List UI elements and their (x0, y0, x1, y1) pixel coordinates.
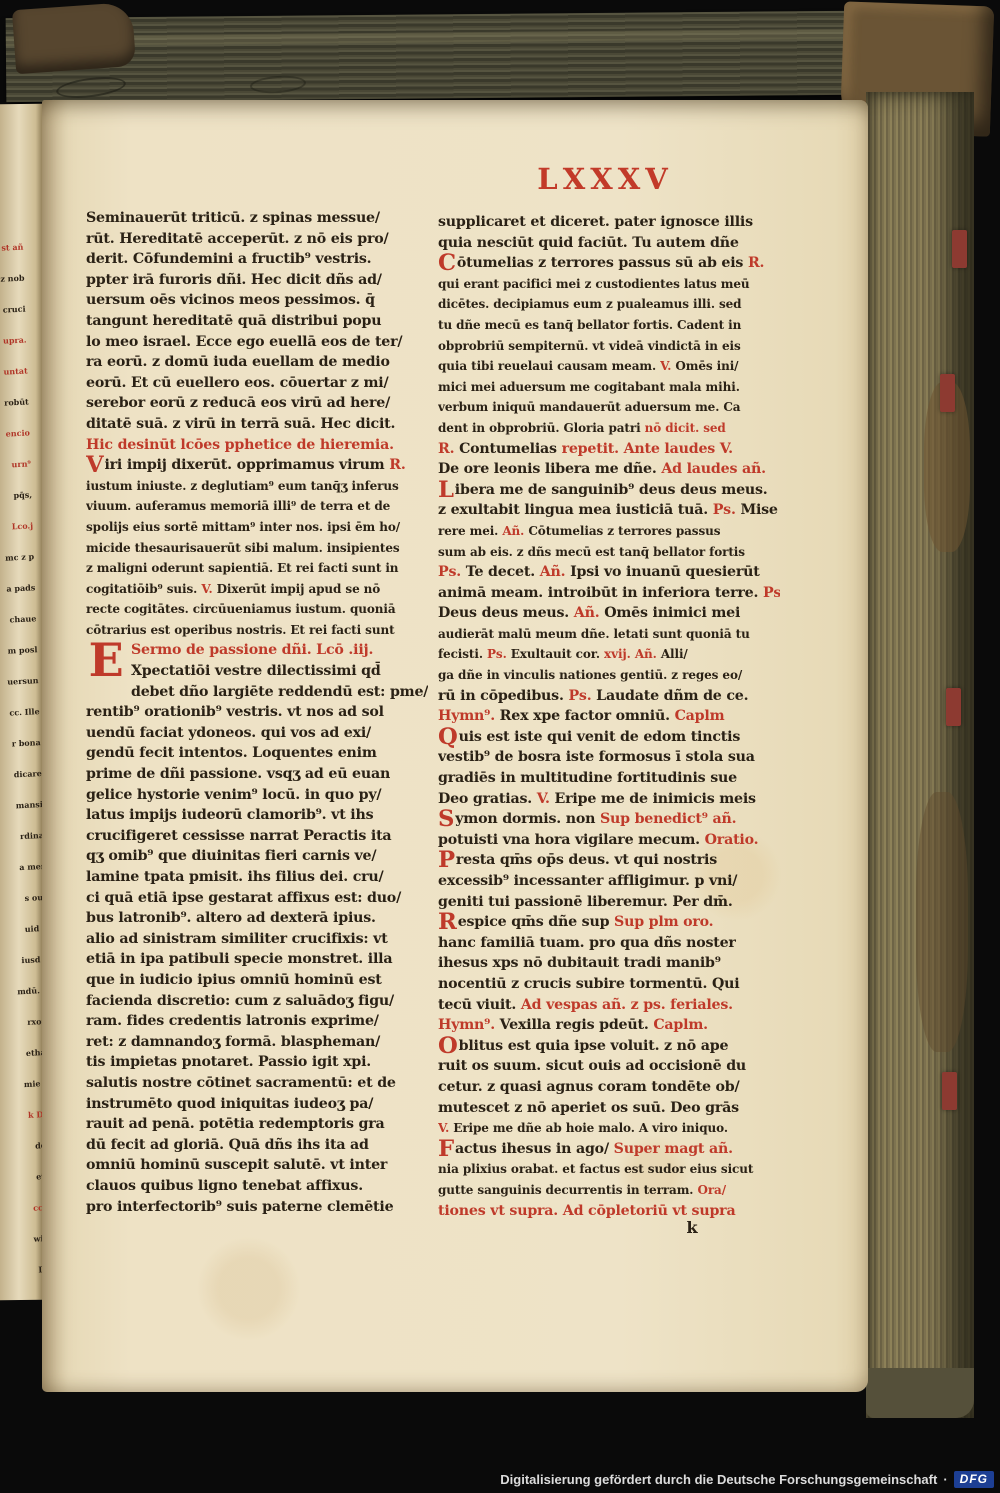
text-line: mici mei aduersum me cogitabant mala mih… (438, 377, 780, 398)
text-line: dent in obprobriū. Gloria patri nō dicit… (438, 418, 780, 439)
text-line: Factus ihesus in ago/ Super magt añ. (438, 1139, 780, 1160)
book-top-edge (6, 10, 959, 102)
text-line: nia plixius orabat. et factus est sudor … (438, 1159, 780, 1180)
text-line: uersum oēs vicinos meos pessimos. q̄ (86, 290, 428, 311)
text-line: rūt. Hereditatē acceperūt. z nō eis pro/ (86, 229, 428, 250)
text-line: iustum iniuste. z deglutiam⁹ eum tanq̄ʒ … (86, 476, 428, 497)
text-line: supplicaret et diceret. pater ignosce il… (438, 212, 780, 233)
text-line: cetur. z quasi agnus coram tondēte ob/ (438, 1077, 780, 1098)
text-line: ret: z damnandoʒ formā. blaspheman/ (86, 1032, 428, 1053)
text-line: clauos quibus ligno tenebat affixus. (86, 1176, 428, 1197)
text-line: Ps. Te decet. Añ. Ipsi vo inuanū quesier… (438, 562, 780, 583)
text-line: ihesus xps nō dubitauit tradi manib⁹ (438, 953, 780, 974)
text-line: dū fecit ad gloriā. Quā dñs ihs ita ad (86, 1135, 428, 1156)
text-line: Presta qm̄s op̄s deus. vt qui nostris (438, 850, 780, 871)
text-line: tu dñe mecū es tanq̄ bellator fortis. Ca… (438, 315, 780, 336)
text-line: Respice qm̄s dñe sup Sup plm oro. (438, 912, 780, 933)
text-line: rauit ad penā. potētia redemptoris gra (86, 1114, 428, 1135)
text-line: bus latronib⁹. altero ad dexterā ipius. (86, 908, 428, 929)
text-line: Libera me de sanguinib⁹ deus deus meus. (438, 480, 780, 501)
dfg-logo: DFG (954, 1471, 994, 1488)
text-line: omniū hominū suscepit salutē. vt inter (86, 1155, 428, 1176)
text-line: latus impijs iudeorū clamorib⁹. vt ihs (86, 805, 428, 826)
text-line: nocentiū z crucis subire tormentū. Qui (438, 974, 780, 995)
text-line: lo meo israel. Ecce ego euellā eos de te… (86, 332, 428, 353)
text-line: ci quā etiā ipse gestarat affixus est: d… (86, 888, 428, 909)
text-line: De ore leonis libera me dñe. Ad laudes a… (438, 459, 780, 480)
edge-stain (916, 792, 968, 1052)
red-edge-tab (940, 374, 955, 412)
text-line: ra eorū. z domū iuda euellam de medio (86, 352, 428, 373)
text-line: gutte sanguinis decurrentis in terram. O… (438, 1180, 780, 1201)
text-line: etiā in ipa patibuli specie monstret. il… (86, 949, 428, 970)
text-line: recte cogitātes. circūueniamus iustum. q… (86, 599, 428, 620)
text-line: rū in cōpedibus. Ps. Laudate dñm de ce. (438, 686, 780, 707)
credit-text: Digitalisierung gefördert durch die Deut… (500, 1472, 937, 1487)
text-line: serebor eorū z reducā eos virū ad here/ (86, 393, 428, 414)
text-line: ram. fides credentis latronis exprime/ (86, 1011, 428, 1032)
text-line: alio ad sinistram similiter crucifixis: … (86, 929, 428, 950)
text-line: spolijs eius sortē mittam⁹ inter nos. ip… (86, 517, 428, 538)
red-edge-tab (952, 230, 967, 268)
text-line: Seminauerūt triticū. z spinas messue/ (86, 208, 428, 229)
text-line: ppter irā furoris dñi. Hec dicit dñs ad/ (86, 270, 428, 291)
text-line: z exultabit lingua mea iusticiā tuā. Ps.… (438, 500, 780, 521)
text-line: rentib⁹ orationib⁹ vestris. vt nos ad so… (86, 702, 428, 723)
previous-page-text-fragments: st añz nobcruciupra.untatrobūtenciourn⁹p… (0, 104, 42, 1287)
text-line: sum ab eis. z dñs mecū est tanq̄ bellato… (438, 542, 780, 563)
text-line: facienda discretio: cum z saluādoʒ figu/ (86, 991, 428, 1012)
text-line: prime de dñi passione. vsqʒ ad eū euan (86, 764, 428, 785)
text-line: geniti tui passionē liberemur. Per dm̄. (438, 892, 780, 913)
book-page: LXXXV Seminauerūt triticū. z spinas mess… (42, 100, 868, 1392)
text-line: tecū viuit. Ad vespas añ. z ps. feriales… (438, 995, 780, 1016)
text-line: Symon dormis. non Sup benedict⁹ añ. (438, 809, 780, 830)
text-line: salutis nostre cōtinet sacramentū: et de (86, 1073, 428, 1094)
text-line: gelice hystorie venim⁹ locū. in quo py/ (86, 785, 428, 806)
text-line: uendū faciat ydoneos. qui vos ad exi/ (86, 723, 428, 744)
text-line: Deo gratias. V. Eripe me de inimicis mei… (438, 789, 780, 810)
text-line: viuum. auferamus memoriā illi⁹ de terra … (86, 496, 428, 517)
text-line: qui erant pacifici mei z custodientes la… (438, 274, 780, 295)
top-edge-highlight (6, 28, 958, 46)
text-line: obprobriū sempiternū. vt videā vindictā … (438, 336, 780, 357)
text-line: audierāt malū meum dñe. letati sunt quon… (438, 624, 780, 645)
text-line: Hymn⁹. Rex xpe factor omniū. Caplm (438, 706, 780, 727)
text-line: V. Eripe me dñe ab hoie malo. A viro ini… (438, 1118, 780, 1139)
text-line: Xpectatiōi vestre dilectissimi qd̄ (86, 661, 428, 682)
text-column-right: supplicaret et diceret. pater ignosce il… (438, 212, 780, 1221)
text-line: crucifigeret cessisse narrat Peractis it… (86, 826, 428, 847)
text-line: lamine tpata pmisit. ihs filius dei. cru… (86, 867, 428, 888)
text-line: cōtrarius est operibus nostris. Et rei f… (86, 620, 428, 641)
text-line: Hymn⁹. Vexilla regis pdeūt. Caplm. (438, 1015, 780, 1036)
folio-number: LXXXV (440, 162, 770, 196)
text-line: verbum iniquū mandauerūt aduersum me. Ca (438, 397, 780, 418)
text-line: z maligni oderunt sapientiā. Et rei fact… (86, 558, 428, 579)
red-edge-tab (942, 1072, 957, 1110)
text-line: que in iudicio ipius omniū hominū est (86, 970, 428, 991)
text-line: Quis est iste qui venit de edom tinctis (438, 727, 780, 748)
text-line: Viri impij dixerūt. opprimamus virum R. (86, 455, 428, 476)
text-line: Hic desinūt lcōes pphetice de hieremia. (86, 435, 428, 456)
text-line: Cōtumelias z terrores passus sū ab eis R… (438, 253, 780, 274)
text-line: debet dño largiēte reddendū est: pme/ (86, 682, 428, 703)
credit-separator: · (943, 1472, 947, 1487)
book-scan: st añz nobcruciupra.untatrobūtenciourn⁹p… (0, 0, 1000, 1493)
text-line: fecisti. Ps. Exultauit cor. xvij. Añ. Al… (438, 644, 780, 665)
signature-mark: k (642, 1218, 742, 1237)
text-line: Oblitus est quia ipse voluit. z nō ape (438, 1036, 780, 1057)
book-fore-edge (866, 92, 974, 1418)
text-line: tis impietas pnotaret. Passio igit xpi. (86, 1052, 428, 1073)
digitization-credit: Digitalisierung gefördert durch die Deut… (500, 1471, 994, 1488)
text-line: R. Contumelias repetit. Ante laudes V. (438, 439, 780, 460)
text-line: ditatē suā. z virū in terrā suā. Hec dic… (86, 414, 428, 435)
text-line: pro interfectorib⁹ suis paterne clemētie (86, 1197, 428, 1218)
text-line: potuisti vna hora vigilare mecum. Oratio… (438, 830, 780, 851)
text-line: micide thesaurisauerūt sibi malum. insip… (86, 538, 428, 559)
previous-page-edge: st añz nobcruciupra.untatrobūtenciourn⁹p… (0, 104, 42, 1301)
text-line: excessib⁹ incessanter affligimur. p vni/ (438, 871, 780, 892)
text-line: Deus deus meus. Añ. Omēs inimici mei (438, 603, 780, 624)
text-line: quia tibi reuelaui causam meam. V. Omēs … (438, 356, 780, 377)
text-line: ruit os suum. sicut ouis ad occisionē du (438, 1056, 780, 1077)
text-line: ga dñe in vinculis nationes gentiū. z re… (438, 665, 780, 686)
text-line: rere mei. Añ. Cōtumelias z terrores pass… (438, 521, 780, 542)
text-line: tangunt hereditatē quā distribui popu (86, 311, 428, 332)
text-line: hanc familiā tuam. pro qua dñs noster (438, 933, 780, 954)
text-line: qʒ omib⁹ que diuinitas fieri carnis ve/ (86, 846, 428, 867)
binding-clasp (12, 2, 136, 74)
text-column-left: Seminauerūt triticū. z spinas messue/rūt… (86, 208, 428, 1217)
text-line: cogitatiōib⁹ suis. V. Dixerūt impij apud… (86, 579, 428, 600)
text-line: quia nesciūt quid faciūt. Tu autem dñe (438, 233, 780, 254)
text-line: derit. Cōfundemini a fructib⁹ vestris. (86, 249, 428, 270)
text-line: vestib⁹ de bosra iste formosus ī stola s… (438, 747, 780, 768)
red-edge-tab (946, 688, 961, 726)
text-line: animā meam. introibūt in inferiora terre… (438, 583, 780, 604)
text-line: mutescet z nō aperiet os suū. Deo grās (438, 1098, 780, 1119)
text-line: gendū fecit intentos. Loquentes enim (86, 743, 428, 764)
text-line: gradiēs in multitudine fortitudinis sue (438, 768, 780, 789)
text-line: dicētes. decipiamus eum z pualeamus illi… (438, 294, 780, 315)
text-line: eorū. Et cū euellero eos. cōuertar z mi/ (86, 373, 428, 394)
text-line: instrumēto quod iniquitas iudeoʒ pa/ (86, 1094, 428, 1115)
text-line: ESermo de passione dñi. Lcō .iij. (86, 640, 428, 661)
binding-corner-bottom (866, 1368, 974, 1418)
